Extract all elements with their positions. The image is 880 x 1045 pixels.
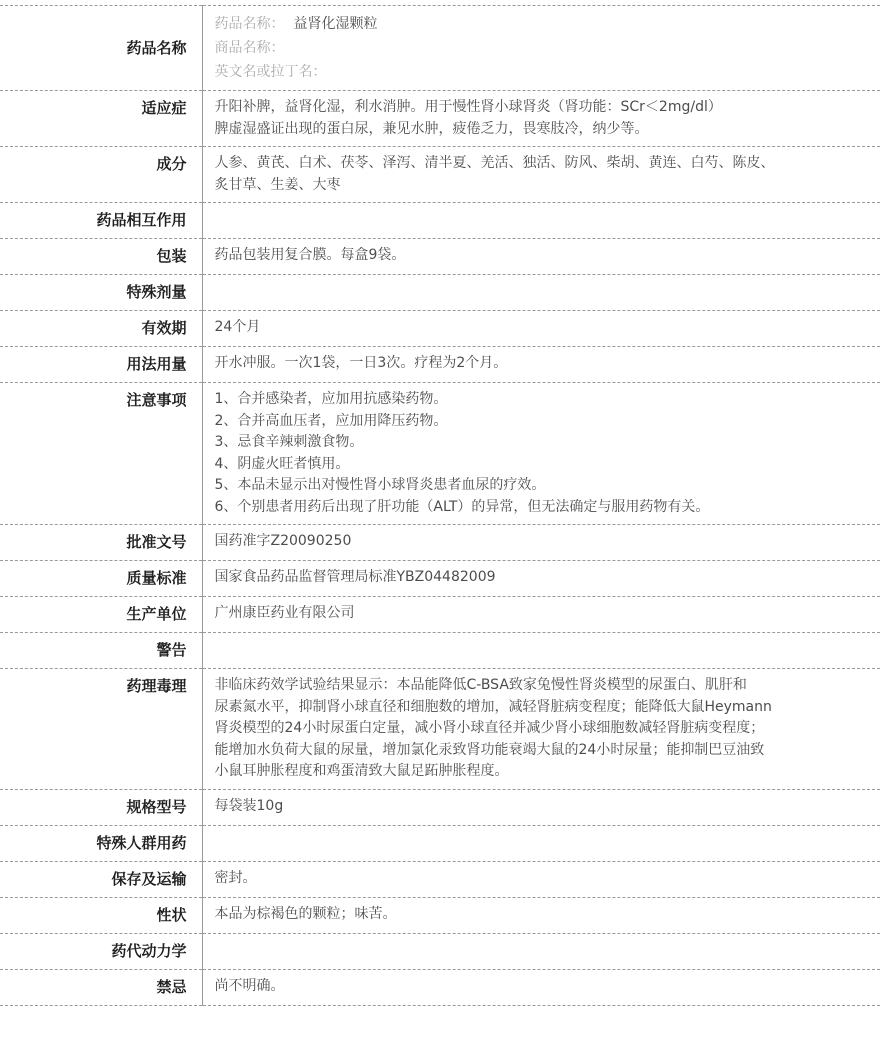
- row-label: 药代动力学: [0, 933, 202, 969]
- table-row: 适应症升阳补脾，益肾化湿，利水消肿。用于慢性肾小球肾炎（肾功能：SCr＜2mg/…: [0, 91, 880, 147]
- field-value: 益肾化湿颗粒: [294, 16, 378, 32]
- content-line: 广州康臣药业有限公司: [215, 603, 869, 625]
- row-content: [202, 203, 880, 239]
- name-field-line: 商品名称：: [215, 36, 869, 60]
- row-label: 保存及运输: [0, 861, 202, 897]
- drug-info-page: { "colors": { "row_border": "#9a9a9a", "…: [0, 5, 880, 1045]
- drug-info-table-body: 药品名称药品名称：益肾化湿颗粒商品名称：英文名或拉丁名：适应症升阳补脾，益肾化湿…: [0, 6, 880, 1006]
- field-key: 药品名称：: [215, 16, 285, 32]
- row-label: 注意事项: [0, 383, 202, 525]
- row-label: 用法用量: [0, 347, 202, 383]
- row-label: 药理毒理: [0, 669, 202, 790]
- row-label: 有效期: [0, 311, 202, 347]
- field-key: 商品名称：: [215, 40, 285, 56]
- content-line: 脾虚湿盛证出现的蛋白尿，兼见水肿，疲倦乏力，畏寒肢冷，纳少等。: [215, 119, 869, 141]
- row-content: 广州康臣药业有限公司: [202, 597, 880, 633]
- table-row: 用法用量开水冲服。一次1袋，一日3次。疗程为2个月。: [0, 347, 880, 383]
- content-line: 能增加水负荷大鼠的尿量，增加氯化汞致肾功能衰竭大鼠的24小时尿量；能抑制巴豆油致: [215, 740, 869, 762]
- row-label: 警告: [0, 633, 202, 669]
- table-row: 有效期24个月: [0, 311, 880, 347]
- content-line: 尚不明确。: [215, 976, 869, 998]
- row-label: 适应症: [0, 91, 202, 147]
- content-line: 炙甘草、生姜、大枣: [215, 175, 869, 197]
- row-content: 1、合并感染者，应加用抗感染药物。2、合并高血压者，应加用降压药物。3、忌食辛辣…: [202, 383, 880, 525]
- field-key: 英文名或拉丁名：: [215, 64, 327, 80]
- table-row: 药理毒理非临床药效学试验结果显示：本品能降低C-BSA致家兔慢性肾炎模型的尿蛋白…: [0, 669, 880, 790]
- row-content: 每袋装10g: [202, 789, 880, 825]
- name-field-line: 英文名或拉丁名：: [215, 60, 869, 84]
- row-label: 质量标准: [0, 561, 202, 597]
- row-content: [202, 933, 880, 969]
- content-line: 1、合并感染者，应加用抗感染药物。: [215, 389, 869, 411]
- content-line: 升阳补脾，益肾化湿，利水消肿。用于慢性肾小球肾炎（肾功能：SCr＜2mg/dl）: [215, 97, 869, 119]
- row-content: [202, 825, 880, 861]
- content-line: 24个月: [215, 317, 869, 339]
- content-line: 国药准字Z20090250: [215, 531, 869, 553]
- content-line: 肾炎模型的24小时尿蛋白定量，减小肾小球直径并减少肾小球细胞数减轻肾脏病变程度；: [215, 718, 869, 740]
- content-line: 药品包装用复合膜。每盒9袋。: [215, 245, 869, 267]
- row-label: 禁忌: [0, 969, 202, 1005]
- drug-info-table: 药品名称药品名称：益肾化湿颗粒商品名称：英文名或拉丁名：适应症升阳补脾，益肾化湿…: [0, 5, 880, 1006]
- content-line: 4、阴虚火旺者慎用。: [215, 454, 869, 476]
- table-row: 药代动力学: [0, 933, 880, 969]
- row-label: 规格型号: [0, 789, 202, 825]
- table-row: 规格型号每袋装10g: [0, 789, 880, 825]
- table-row: 警告: [0, 633, 880, 669]
- row-content: 升阳补脾，益肾化湿，利水消肿。用于慢性肾小球肾炎（肾功能：SCr＜2mg/dl）…: [202, 91, 880, 147]
- row-content: 人参、黄芪、白术、茯苓、泽泻、清半夏、羌活、独活、防风、柴胡、黄连、白芍、陈皮、…: [202, 147, 880, 203]
- table-row: 质量标准国家食品药品监督管理局标准YBZ04482009: [0, 561, 880, 597]
- row-label: 性状: [0, 897, 202, 933]
- row-label: 包装: [0, 239, 202, 275]
- table-row: 禁忌尚不明确。: [0, 969, 880, 1005]
- row-content: 国药准字Z20090250: [202, 525, 880, 561]
- table-row: 保存及运输密封。: [0, 861, 880, 897]
- row-content: 国家食品药品监督管理局标准YBZ04482009: [202, 561, 880, 597]
- content-line: 2、合并高血压者，应加用降压药物。: [215, 411, 869, 433]
- table-row: 注意事项1、合并感染者，应加用抗感染药物。2、合并高血压者，应加用降压药物。3、…: [0, 383, 880, 525]
- table-row: 包装药品包装用复合膜。每盒9袋。: [0, 239, 880, 275]
- table-row-drug-name: 药品名称药品名称：益肾化湿颗粒商品名称：英文名或拉丁名：: [0, 6, 880, 91]
- name-field-line: 药品名称：益肾化湿颗粒: [215, 12, 869, 36]
- row-content: 药品包装用复合膜。每盒9袋。: [202, 239, 880, 275]
- table-row: 性状本品为棕褐色的颗粒；味苦。: [0, 897, 880, 933]
- row-label: 特殊剂量: [0, 275, 202, 311]
- content-line: 密封。: [215, 868, 869, 890]
- row-content: [202, 275, 880, 311]
- content-line: 小鼠耳肿胀程度和鸡蛋清致大鼠足跖肿胀程度。: [215, 761, 869, 783]
- row-content: 本品为棕褐色的颗粒；味苦。: [202, 897, 880, 933]
- row-content: 开水冲服。一次1袋，一日3次。疗程为2个月。: [202, 347, 880, 383]
- row-content: 非临床药效学试验结果显示：本品能降低C-BSA致家兔慢性肾炎模型的尿蛋白、肌肝和…: [202, 669, 880, 790]
- row-label: 成分: [0, 147, 202, 203]
- content-line: 非临床药效学试验结果显示：本品能降低C-BSA致家兔慢性肾炎模型的尿蛋白、肌肝和: [215, 675, 869, 697]
- row-content: 药品名称：益肾化湿颗粒商品名称：英文名或拉丁名：: [202, 6, 880, 91]
- row-content: 密封。: [202, 861, 880, 897]
- content-line: 国家食品药品监督管理局标准YBZ04482009: [215, 567, 869, 589]
- content-line: 尿素氮水平，抑制肾小球直径和细胞数的增加，减轻肾脏病变程度；能降低大鼠Heyma…: [215, 697, 869, 719]
- row-label: 特殊人群用药: [0, 825, 202, 861]
- row-label: 批准文号: [0, 525, 202, 561]
- table-row: 生产单位广州康臣药业有限公司: [0, 597, 880, 633]
- row-label: 药品相互作用: [0, 203, 202, 239]
- row-label: 生产单位: [0, 597, 202, 633]
- row-content: 24个月: [202, 311, 880, 347]
- row-content: [202, 633, 880, 669]
- content-line: 每袋装10g: [215, 796, 869, 818]
- content-line: 5、本品未显示出对慢性肾小球肾炎患者血尿的疗效。: [215, 475, 869, 497]
- content-line: 本品为棕褐色的颗粒；味苦。: [215, 904, 869, 926]
- content-line: 3、忌食辛辣刺激食物。: [215, 432, 869, 454]
- table-row: 特殊剂量: [0, 275, 880, 311]
- table-row: 成分人参、黄芪、白术、茯苓、泽泻、清半夏、羌活、独活、防风、柴胡、黄连、白芍、陈…: [0, 147, 880, 203]
- content-line: 6、个别患者用药后出现了肝功能（ALT）的异常，但无法确定与服用药物有关。: [215, 497, 869, 519]
- table-row: 药品相互作用: [0, 203, 880, 239]
- row-content: 尚不明确。: [202, 969, 880, 1005]
- row-label: 药品名称: [0, 6, 202, 91]
- table-row: 批准文号国药准字Z20090250: [0, 525, 880, 561]
- content-line: 开水冲服。一次1袋，一日3次。疗程为2个月。: [215, 353, 869, 375]
- content-line: 人参、黄芪、白术、茯苓、泽泻、清半夏、羌活、独活、防风、柴胡、黄连、白芍、陈皮、: [215, 153, 869, 175]
- table-row: 特殊人群用药: [0, 825, 880, 861]
